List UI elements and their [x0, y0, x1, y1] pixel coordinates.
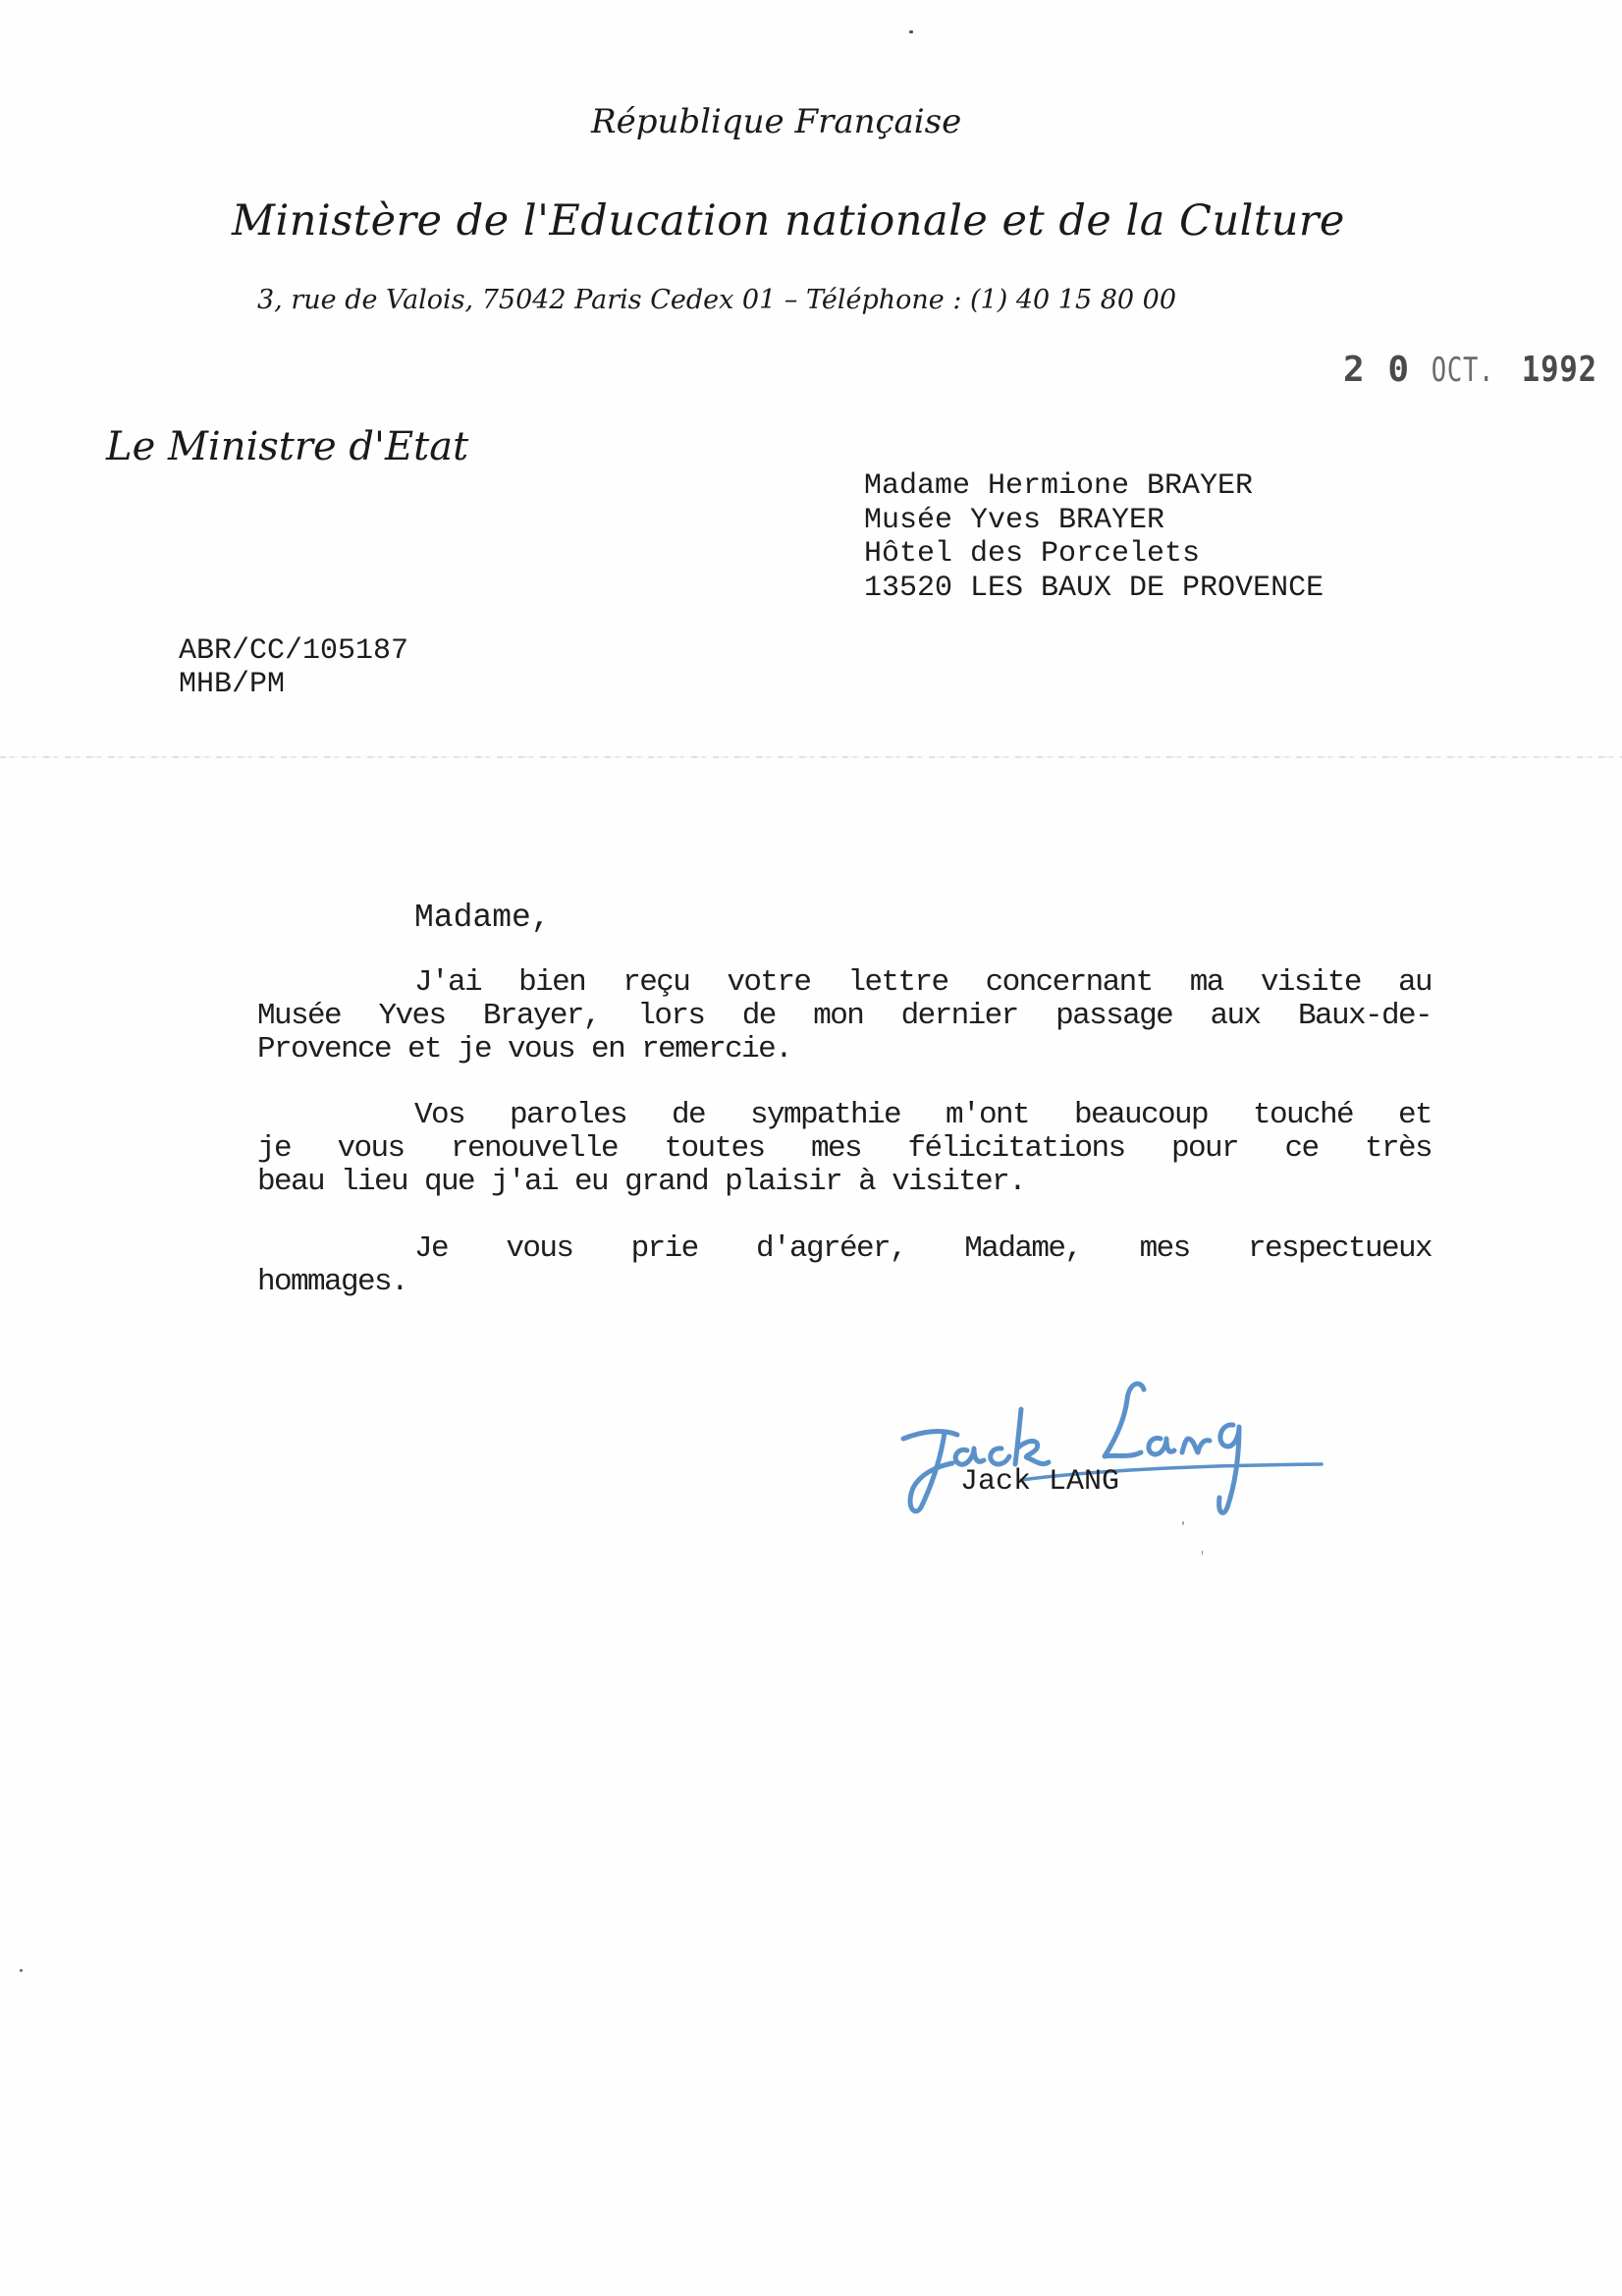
salutation: Madame,: [414, 902, 551, 935]
body-line: je vous renouvelle toutes mes félicitati…: [257, 1132, 1432, 1166]
typed-signature-name: Jack LANG: [960, 1465, 1119, 1499]
body-line: Musée Yves Brayer, lors de mon dernier p…: [257, 1000, 1432, 1033]
body-line: Provence et je vous en remercie.: [257, 1033, 1432, 1066]
letterhead-office: Le Ministre d'Etat: [106, 424, 468, 469]
body-line: Je vous prie d'agréer, Madame, mes respe…: [257, 1232, 1432, 1266]
scan-speck: [20, 1969, 23, 1972]
recipient-line: 13520 LES BAUX DE PROVENCE: [864, 572, 1324, 606]
body-line: J'ai bien reçu votre lettre concernant m…: [257, 966, 1432, 1000]
reference-line: MHB/PM: [179, 668, 408, 701]
recipient-line: Madame Hermione BRAYER: [864, 469, 1324, 504]
body-line: beau lieu que j'ai eu grand plaisir à vi…: [257, 1166, 1432, 1199]
body-paragraph-1: J'ai bien reçu votre lettre concernant m…: [257, 966, 1432, 1066]
letterhead-republic: République Française: [591, 102, 961, 141]
paper-fold-line: [0, 756, 1622, 758]
scan-speck: [909, 30, 913, 33]
date-stamp: 2 0 OCT. 1992: [1343, 350, 1604, 390]
recipient-line: Hôtel des Porcelets: [864, 537, 1324, 572]
scan-speck: [1182, 1521, 1184, 1525]
date-stamp-month: OCT.: [1431, 351, 1493, 390]
letterhead-address: 3, rue de Valois, 75042 Paris Cedex 01 –…: [257, 285, 1176, 315]
recipient-line: Musée Yves BRAYER: [864, 504, 1324, 538]
body-paragraph-2: Vos paroles de sympathie m'ont beaucoup …: [257, 1099, 1432, 1199]
date-stamp-day: 2 0: [1343, 350, 1410, 390]
recipient-address: Madame Hermione BRAYER Musée Yves BRAYER…: [864, 469, 1324, 605]
date-stamp-year: 1992: [1522, 350, 1597, 390]
reference-line: ABR/CC/105187: [179, 634, 408, 668]
letterhead-ministry: Ministère de l'Education nationale et de…: [232, 196, 1345, 246]
scan-speck: [1202, 1551, 1203, 1555]
body-line: Vos paroles de sympathie m'ont beaucoup …: [257, 1099, 1432, 1132]
body-line: hommages.: [257, 1266, 1432, 1299]
reference-block: ABR/CC/105187 MHB/PM: [179, 634, 408, 701]
letter-page: République Française Ministère de l'Educ…: [0, 0, 1622, 2296]
handwritten-signature: [884, 1370, 1325, 1527]
body-paragraph-3: Je vous prie d'agréer, Madame, mes respe…: [257, 1232, 1432, 1299]
